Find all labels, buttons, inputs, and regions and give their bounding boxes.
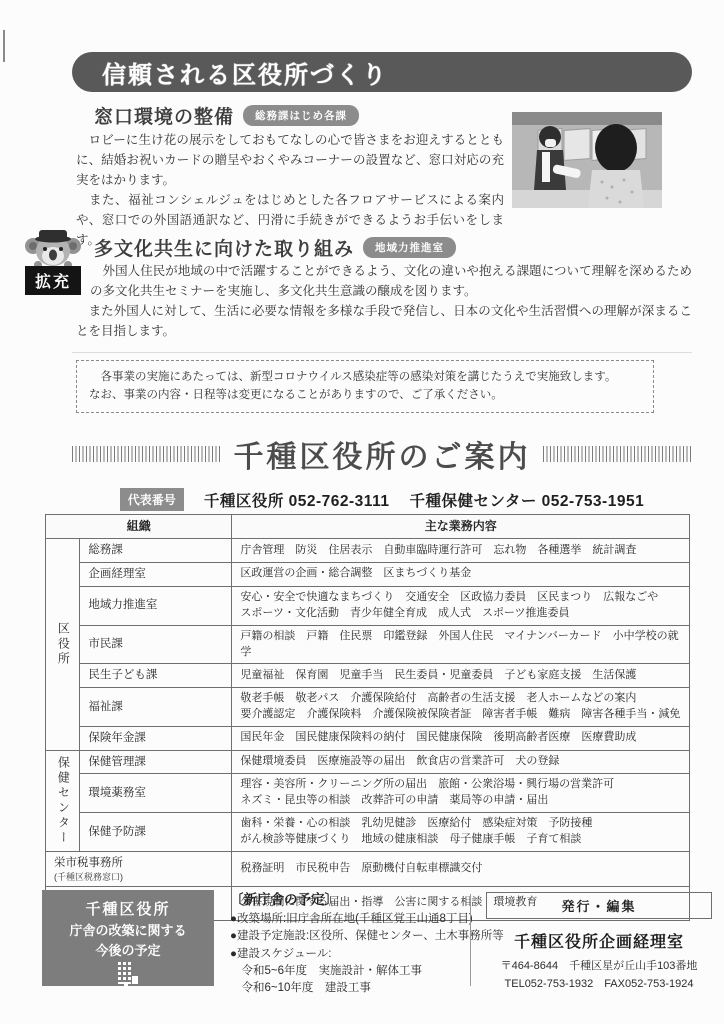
- new-office-item: ●建設予定施設:区役所、保健センター、土木事務所等: [230, 928, 465, 945]
- tabunka-section-heading: 多文化共生に向けた取り組み 地域力推進室: [94, 234, 456, 261]
- dept-name: 保健予防課: [80, 813, 232, 852]
- dept-duties: 歯科・栄養・心の相談 乳幼児健診 医療給付 感染症対策 予防接種 がん検診等健康…: [232, 813, 690, 852]
- table-row: 保健予防課 歯科・栄養・心の相談 乳幼児健診 医療給付 感染症対策 予防接種 が…: [46, 813, 690, 852]
- dept-name: 地域力推進室: [80, 586, 232, 625]
- ward-office-name: 千種区役所: [204, 493, 284, 510]
- publisher-tel-fax: TEL052-753-1932 FAX052-753-1924: [486, 975, 712, 991]
- dept-name: 栄市税事務所: [54, 857, 123, 869]
- dept-name: 保健管理課: [80, 750, 232, 774]
- koala-mascot-icon: [23, 228, 83, 268]
- hatch-decoration-left: [72, 446, 222, 462]
- dept-duties: 区政運営の企画・総合調整 区まちづくり基金: [232, 563, 690, 587]
- table-row: 区役所 総務課 庁舎管理 防災 住居表示 自動車臨時運行許可 忘れ物 各種選挙 …: [46, 539, 690, 563]
- group-label-health-center: 保健センター: [46, 750, 80, 851]
- publisher-name: 千種区役所企画経理室: [486, 929, 712, 952]
- dept-name: 企画経理室: [80, 563, 232, 587]
- covid-notice-box: 各事業の実施にあたっては、新型コロナウイルス感染症等の感染対策を講じたうえで実施…: [76, 360, 654, 413]
- dept-name-tax-office: 栄市税事務所 (千種区税務窓口): [46, 852, 232, 886]
- phone-badge: 代表番号: [120, 488, 184, 511]
- tabunka-section-title: 多文化共生に向けた取り組み: [94, 234, 354, 261]
- expansion-mascot-block: 拡充: [20, 228, 86, 295]
- dept-sub-label: (千種区税務窓口): [54, 872, 223, 883]
- guide-title: 千種区役所のご案内: [234, 432, 531, 476]
- rebuild-plan-box: 千種区役所 庁舎の改築に関する 今後の予定: [42, 890, 214, 986]
- notice-line-1: 各事業の実施にあたっては、新型コロナウイルス感染症等の感染対策を講じたうえで実施…: [89, 368, 641, 386]
- group-label-ward-office: 区役所: [46, 539, 80, 750]
- plan-box-line-2: 庁舎の改築に関する: [42, 920, 214, 939]
- health-center-name: 千種保健センター: [409, 493, 536, 510]
- table-row: 環境薬務室 理容・美容所・クリーニング所の届出 旅館・公衆浴場・興行場の営業許可…: [46, 774, 690, 813]
- new-office-item: ●建設スケジュール:: [230, 946, 465, 963]
- dept-duties: 安心・安全で快適なまちづくり 交通安全 区政協力委員 区民まつり 広報なごや ス…: [232, 586, 690, 625]
- counter-photo-illustration: [512, 112, 662, 208]
- expansion-marker: 拡充: [25, 266, 81, 295]
- new-office-item: 令和6~10年度 建設工事: [230, 980, 465, 997]
- table-row: 民生子ども課 児童福祉 保育園 児童手当 民生委員・児童委員 子ども家庭支援 生…: [46, 664, 690, 688]
- dept-duties: 敬老手帳 敬老パス 介護保険給付 高齢者の生活支援 老人ホームなどの案内 要介護…: [232, 688, 690, 727]
- table-row: 企画経理室 区政運営の企画・総合調整 区まちづくり基金: [46, 563, 690, 587]
- dept-name: 市民課: [80, 625, 232, 664]
- building-icon: [116, 962, 140, 988]
- window-section-title: 窓口環境の整備: [94, 102, 234, 129]
- dept-duties: 税務証明 市民税申告 原動機付自転車標識交付: [232, 852, 690, 886]
- ward-office-number: 052-762-3111: [289, 493, 390, 510]
- new-office-item: 令和5~6年度 実施設計・解体工事: [230, 963, 465, 980]
- dept-duties: 戸籍の相談 戸籍 住民票 印鑑登録 外国人住民 マイナンバーカード 小中学校の就…: [232, 625, 690, 664]
- section-divider: [72, 352, 692, 353]
- dept-name: 民生子ども課: [80, 664, 232, 688]
- dept-duties: 庁舎管理 防災 住居表示 自動車臨時運行許可 忘れ物 各種選挙 統計調査: [232, 539, 690, 563]
- section-banner: 信頼される区役所づくり: [72, 52, 692, 92]
- counter-service-photo: [512, 112, 662, 208]
- tabunka-section-badge: 地域力推進室: [363, 237, 456, 258]
- new-office-item: ●改築場所:旧庁舎所在地(千種区覚王山通8丁目): [230, 911, 465, 928]
- table-row: 保健センター 保健管理課 保健環境委員 医療施設等の届出 飲食店の営業許可 犬の…: [46, 750, 690, 774]
- window-section-badge: 総務課はじめ各課: [243, 105, 359, 126]
- banner-title: 信頼される区役所づくり: [72, 55, 388, 90]
- window-section-heading: 窓口環境の整備 総務課はじめ各課: [94, 102, 359, 129]
- dept-duties: 国民年金 国民健康保険料の納付 国民健康保険 後期高齢者医療 医療費助成: [232, 727, 690, 751]
- table-row: 福祉課 敬老手帳 敬老パス 介護保険給付 高齢者の生活支援 老人ホームなどの案内…: [46, 688, 690, 727]
- dept-name: 総務課: [80, 539, 232, 563]
- dept-duties: 児童福祉 保育園 児童手当 民生委員・児童委員 子ども家庭支援 生活保護: [232, 664, 690, 688]
- health-center-phone: 千種保健センター 052-753-1951: [409, 489, 644, 511]
- publisher-label: 発行・編集: [486, 892, 712, 919]
- ward-office-phone: 千種区役所 052-762-3111: [204, 489, 390, 511]
- dept-duties: 保健環境委員 医療施設等の届出 飲食店の営業許可 犬の登録: [232, 750, 690, 774]
- table-row: 栄市税事務所 (千種区税務窓口) 税務証明 市民税申告 原動機付自転車標識交付: [46, 852, 690, 886]
- dept-duties: 理容・美容所・クリーニング所の届出 旅館・公衆浴場・興行場の営業許可 ネズミ・昆…: [232, 774, 690, 813]
- print-crop-mark: [3, 30, 5, 62]
- tabunka-paragraph-2: また外国人に対して、生活に必要な情報を多様な手段で発信し、日本の文化や生活習慣へ…: [76, 302, 692, 342]
- hatch-decoration-right: [543, 446, 693, 462]
- newsletter-page: 信頼される区役所づくり 窓口環境の整備 総務課はじめ各課: [0, 0, 724, 1024]
- plan-box-line-1: 千種区役所: [42, 898, 214, 919]
- notice-line-2: なお、事業の内容・日程等は変更になることがありますので、ご了承ください。: [89, 386, 641, 404]
- table-row: 地域力推進室 安心・安全で快適なまちづくり 交通安全 区政協力委員 区民まつり …: [46, 586, 690, 625]
- table-row: 市民課 戸籍の相談 戸籍 住民票 印鑑登録 外国人住民 マイナンバーカード 小中…: [46, 625, 690, 664]
- organization-table: 組織 主な業務内容 区役所 総務課 庁舎管理 防災 住居表示 自動車臨時運行許可…: [45, 514, 690, 921]
- new-office-title: 〔新庁舎の予定〕: [230, 888, 465, 908]
- dept-name: 環境薬務室: [80, 774, 232, 813]
- duties-column-header: 主な業務内容: [232, 515, 690, 539]
- org-column-header: 組織: [46, 515, 232, 539]
- plan-box-line-3: 今後の予定: [42, 940, 214, 959]
- new-office-plan: 〔新庁舎の予定〕 ●改築場所:旧庁舎所在地(千種区覚王山通8丁目) ●建設予定施…: [230, 888, 465, 997]
- publisher-block: 発行・編集 千種区役所企画経理室 〒464-8644 千種区星が丘山手103番地…: [486, 892, 712, 991]
- window-paragraph-1: ロビーに生け花の展示をしておもてなしの心で皆さまをお迎えするとともに、結婚お祝い…: [76, 131, 504, 190]
- dept-name: 保険年金課: [80, 727, 232, 751]
- footer-divider: [470, 894, 471, 986]
- table-row: 保険年金課 国民年金 国民健康保険料の納付 国民健康保険 後期高齢者医療 医療費…: [46, 727, 690, 751]
- dept-name: 福祉課: [80, 688, 232, 727]
- health-center-number: 052-753-1951: [542, 493, 645, 510]
- publisher-address: 〒464-8644 千種区星が丘山手103番地: [486, 957, 712, 973]
- tabunka-paragraph-1: 外国人住民が地域の中で活躍することができるよう、文化の違いや抱える課題について理…: [90, 262, 692, 302]
- table-header-row: 組織 主な業務内容: [46, 515, 690, 539]
- guide-title-row: 千種区役所のご案内: [72, 432, 692, 476]
- phone-number-row: 代表番号 千種区役所 052-762-3111 千種保健センター 052-753…: [72, 488, 692, 511]
